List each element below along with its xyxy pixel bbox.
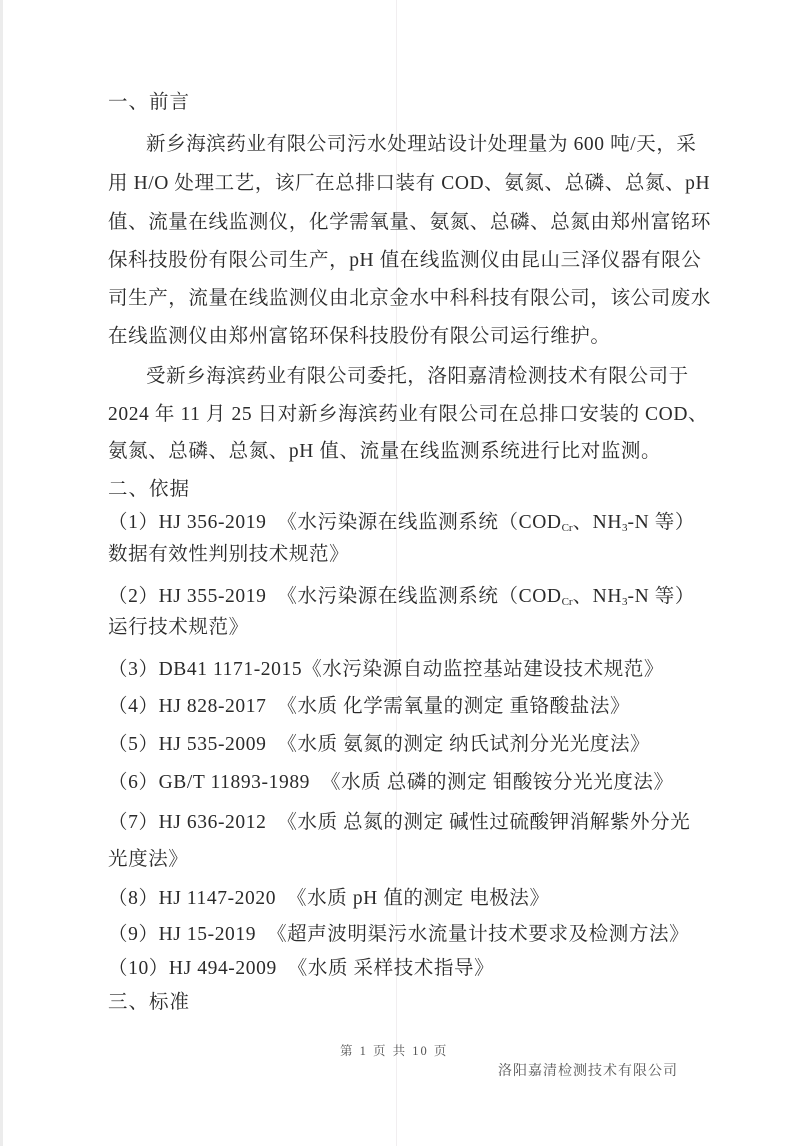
paragraph-line: 保科技股份有限公司生产，pH 值在线监测仪由昆山三泽仪器有限公 [108,248,678,274]
reference-item: （2）HJ 355-2019 《水污染源在线监测系统（CODCr、NH3-N 等… [108,584,678,615]
reference-item: （9）HJ 15-2019 《超声波明渠污水流量计技术要求及检测方法》 [108,922,678,948]
reference-title: 《水质 采样技术指导》 [288,958,494,979]
paragraph-line: 新乡海滨药业有限公司污水处理站设计处理量为 600 吨/天，采 [146,132,678,158]
reference-code: HJ 535-2009 [159,734,267,755]
reference-code: DB41 1171-2015 [159,659,303,680]
reference-number: （5） [108,734,159,755]
reference-number: （10） [108,958,169,979]
reference-number: （8） [108,888,159,909]
reference-item: （7）HJ 636-2012 《水质 总氮的测定 碱性过硫酸钾消解紫外分光 [108,810,678,836]
paragraph-line: 2024 年 11 月 25 日对新乡海滨药业有限公司在总排口安装的 COD、 [108,402,678,428]
reference-title: 《水污染源在线监测系统（COD [277,586,561,607]
reference-code: HJ 1147-2020 [159,888,277,909]
reference-title: 《水质 pH 值的测定 电极法》 [287,888,550,909]
section-heading-basis: 二、依据 [108,477,678,503]
section-heading-standards: 三、标准 [108,990,678,1016]
reference-code: HJ 636-2012 [159,812,267,833]
reference-title: 《超声波明渠污水流量计技术要求及检测方法》 [267,924,689,945]
reference-item: （1）HJ 356-2019 《水污染源在线监测系统（CODCr、NH3-N 等… [108,510,678,541]
reference-item: （4）HJ 828-2017 《水质 化学需氧量的测定 重铬酸盐法》 [108,694,678,720]
reference-title: 《水质 氨氮的测定 纳氏试剂分光光度法》 [277,734,650,755]
reference-code: HJ 828-2017 [159,696,267,717]
reference-code: HJ 356-2019 [159,512,267,533]
reference-continuation: 光度法》 [108,847,678,873]
paragraph-line: 受新乡海滨药业有限公司委托，洛阳嘉清检测技术有限公司于 [146,364,678,390]
reference-number: （1） [108,512,159,533]
reference-continuation: 运行技术规范》 [108,615,678,641]
reference-code: HJ 494-2009 [169,958,277,979]
reference-title: 《水污染源在线监测系统（COD [277,512,561,533]
reference-title: 《水质 化学需氧量的测定 重铬酸盐法》 [277,696,630,717]
reference-item: （6）GB/T 11893-1989 《水质 总磷的测定 钼酸铵分光光度法》 [108,770,678,796]
reference-code: HJ 355-2019 [159,586,267,607]
reference-item: （5）HJ 535-2009 《水质 氨氮的测定 纳氏试剂分光光度法》 [108,732,678,758]
scan-edge [0,0,3,1146]
reference-code: HJ 15-2019 [159,924,257,945]
reference-number: （4） [108,696,159,717]
reference-continuation: 数据有效性判别技术规范》 [108,542,678,568]
paragraph-line: 在线监测仪由郑州富铭环保科技股份有限公司运行维护。 [108,324,678,350]
document-page: 一、前言 新乡海滨药业有限公司污水处理站设计处理量为 600 吨/天，采 用 H… [0,0,800,1146]
reference-title: 《水质 总磷的测定 钼酸铵分光光度法》 [321,772,674,793]
reference-number: （9） [108,924,159,945]
paragraph-line: 值、流量在线监测仪，化学需氧量、氨氮、总磷、总氮由郑州富铭环 [108,210,678,236]
page-indicator: 第 1 页 共 10 页 [340,1041,448,1059]
reference-code: GB/T 11893-1989 [159,772,310,793]
reference-title: 《水质 总氮的测定 碱性过硫酸钾消解紫外分光 [277,812,690,833]
reference-number: （6） [108,772,159,793]
footer-organization: 洛阳嘉清检测技术有限公司 [498,1060,678,1080]
reference-number: （2） [108,586,159,607]
reference-number: （3） [108,659,159,680]
reference-item: （8）HJ 1147-2020 《水质 pH 值的测定 电极法》 [108,886,678,912]
paragraph-line: 氨氮、总磷、总氮、pH 值、流量在线监测系统进行比对监测。 [108,439,678,465]
reference-title: 《水污染源自动监控基站建设技术规范》 [302,659,664,680]
reference-item: （10）HJ 494-2009 《水质 采样技术指导》 [108,956,678,982]
section-heading-preface: 一、前言 [108,90,678,116]
reference-number: （7） [108,812,159,833]
reference-item: （3）DB41 1171-2015《水污染源自动监控基站建设技术规范》 [108,657,678,683]
paragraph-line: 司生产，流量在线监测仪由北京金水中科科技有限公司，该公司废水 [108,286,678,312]
paragraph-line: 用 H/O 处理工艺，该厂在总排口装有 COD、氨氮、总磷、总氮、pH [108,171,678,197]
